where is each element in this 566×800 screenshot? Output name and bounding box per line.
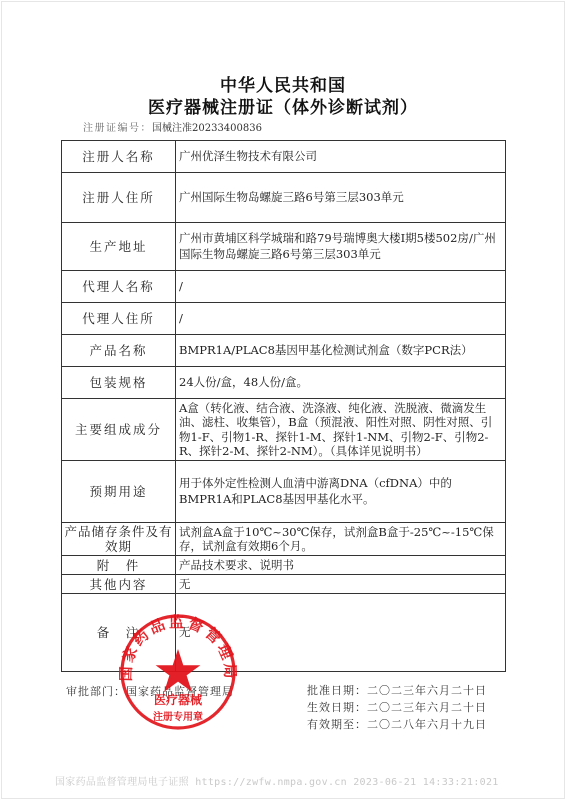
table-row: 附 件 产品技术要求、说明书 bbox=[62, 556, 506, 575]
approval-department-label: 审批部门： bbox=[66, 685, 126, 698]
row-value: 24人份/盒，48人份/盒。 bbox=[176, 367, 506, 399]
table-row: 注册人名称 广州优泽生物技术有限公司 bbox=[62, 141, 506, 173]
registration-number: 注册证编号：国械注准20233400836 bbox=[83, 119, 262, 134]
table-row: 产品名称 BMPR1A/PLAC8基因甲基化检测试剂盒（数字PCR法） bbox=[62, 335, 506, 367]
row-label: 代理人名称 bbox=[62, 271, 176, 303]
row-label: 产品储存条件及有效期 bbox=[62, 523, 176, 556]
expiry-date: 有效期至：二〇二八年六月十九日 bbox=[307, 716, 487, 733]
row-value: / bbox=[176, 271, 506, 303]
approval-date-value: 二〇二三年六月二十日 bbox=[367, 684, 487, 697]
row-value: A盒（转化液、结合液、洗涤液、纯化液、洗脱液、微滴发生油、滤柱、收集管），B盒（… bbox=[176, 399, 506, 461]
e-certificate-watermark: 国家药品监督管理局电子证照 https://zwfw.nmpa.gov.cn 2… bbox=[55, 773, 499, 788]
row-label: 产品名称 bbox=[62, 335, 176, 367]
row-value: BMPR1A/PLAC8基因甲基化检测试剂盒（数字PCR法） bbox=[176, 335, 506, 367]
row-label: 其他内容 bbox=[62, 575, 176, 594]
row-value: 广州优泽生物技术有限公司 bbox=[176, 141, 506, 173]
row-value: 无 bbox=[176, 575, 506, 594]
row-label: 代理人住所 bbox=[62, 303, 176, 335]
seal-center-line2: 注册专用章 bbox=[119, 708, 237, 723]
table-row: 包装规格 24人份/盒，48人份/盒。 bbox=[62, 367, 506, 399]
table-row: 主要组成成分 A盒（转化液、结合液、洗涤液、纯化液、洗脱液、微滴发生油、滤柱、收… bbox=[62, 399, 506, 461]
date-block: 批准日期：二〇二三年六月二十日 生效日期：二〇二三年六月二十日 有效期至：二〇二… bbox=[307, 682, 487, 733]
table-row: 注册人住所 广州国际生物岛螺旋三路6号第三层303单元 bbox=[62, 173, 506, 223]
table-row: 产品储存条件及有效期 试剂盒A盒于10℃~30℃保存，试剂盒B盒于-25℃~-1… bbox=[62, 523, 506, 556]
row-label: 注册人名称 bbox=[62, 141, 176, 173]
row-value: 试剂盒A盒于10℃~30℃保存，试剂盒B盒于-25℃~-15℃保存，试剂盒有效期… bbox=[176, 523, 506, 556]
row-value: 用于体外定性检测人血清中游离DNA（cfDNA）中的BMPR1A和PLAC8基因… bbox=[176, 461, 506, 523]
row-label: 注册人住所 bbox=[62, 173, 176, 223]
row-label: 主要组成成分 bbox=[62, 399, 176, 461]
row-value: 产品技术要求、说明书 bbox=[176, 556, 506, 575]
row-label: 附 件 bbox=[62, 556, 176, 575]
table-row: 代理人名称 / bbox=[62, 271, 506, 303]
title-certificate: 医疗器械注册证（体外诊断试剂） bbox=[0, 93, 566, 118]
registration-number-label: 注册证编号： bbox=[83, 123, 152, 134]
row-value: 无 bbox=[176, 594, 506, 672]
approval-date: 批准日期：二〇二三年六月二十日 bbox=[307, 682, 487, 699]
effective-date-value: 二〇二三年六月二十日 bbox=[367, 701, 487, 714]
registration-number-value: 国械注准20233400836 bbox=[152, 123, 262, 134]
effective-date: 生效日期：二〇二三年六月二十日 bbox=[307, 699, 487, 716]
certificate-table: 注册人名称 广州优泽生物技术有限公司 注册人住所 广州国际生物岛螺旋三路6号第三… bbox=[61, 140, 506, 672]
expiry-date-label: 有效期至： bbox=[307, 718, 367, 731]
table-row: 生产地址 广州市黄埔区科学城瑞和路79号瑞博奥大楼Ⅰ期5楼502房/广州国际生物… bbox=[62, 223, 506, 271]
expiry-date-value: 二〇二八年六月十九日 bbox=[367, 718, 487, 731]
row-label: 生产地址 bbox=[62, 223, 176, 271]
table-row: 代理人住所 / bbox=[62, 303, 506, 335]
row-value: 广州国际生物岛螺旋三路6号第三层303单元 bbox=[176, 173, 506, 223]
table-row: 其他内容 无 bbox=[62, 575, 506, 594]
row-value: 广州市黄埔区科学城瑞和路79号瑞博奥大楼Ⅰ期5楼502房/广州国际生物岛螺旋三路… bbox=[176, 223, 506, 271]
effective-date-label: 生效日期： bbox=[307, 701, 367, 714]
table-row: 备 注 无 bbox=[62, 594, 506, 672]
seal-center-line1: 医疗器械 bbox=[119, 691, 237, 708]
row-label: 备 注 bbox=[62, 594, 176, 672]
row-label: 包装规格 bbox=[62, 367, 176, 399]
table-row: 预期用途 用于体外定性检测人血清中游离DNA（cfDNA）中的BMPR1A和PL… bbox=[62, 461, 506, 523]
approval-date-label: 批准日期： bbox=[307, 684, 367, 697]
row-label: 预期用途 bbox=[62, 461, 176, 523]
row-value: / bbox=[176, 303, 506, 335]
